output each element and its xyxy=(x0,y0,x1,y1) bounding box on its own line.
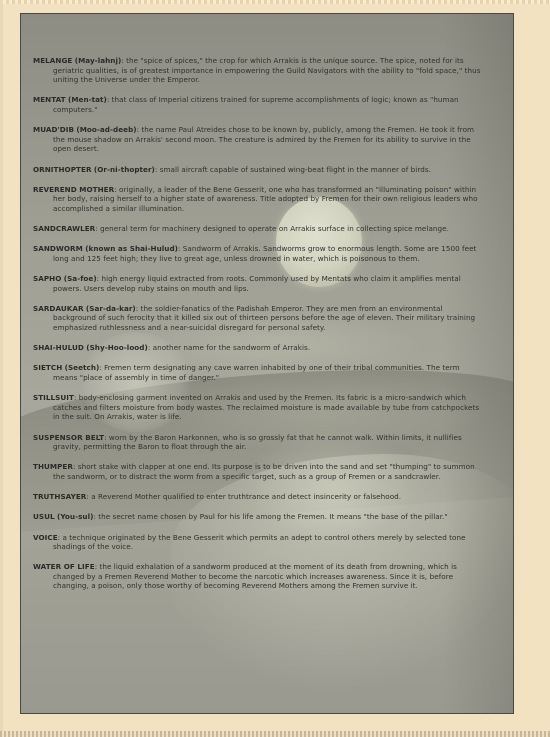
glossary-entry: SAPHO (Sa-foe): high energy liquid extra… xyxy=(33,274,485,293)
glossary-term: VOICE xyxy=(33,533,58,542)
glossary-definition: : a Reverend Mother qualified to enter t… xyxy=(86,492,401,501)
glossary-term: STILLSUIT xyxy=(33,393,74,402)
glossary-term: TRUTHSAYER xyxy=(33,492,86,501)
glossary-definition: : small aircraft capable of sustained wi… xyxy=(155,165,431,174)
glossary-list: MELANGE (May-lahnj): the "spice of spice… xyxy=(33,56,485,602)
glossary-term: WATER OF LIFE xyxy=(33,562,95,571)
glossary-definition: : short stake with clapper at one end. I… xyxy=(53,462,475,481)
glossary-entry: SUSPENSOR BELT: worn by the Baron Harkon… xyxy=(33,433,485,452)
glossary-term: MENTAT xyxy=(33,95,66,104)
glossary-entry: SIETCH (Seetch): Fremen term designating… xyxy=(33,363,485,382)
glossary-definition: : high energy liquid extracted from root… xyxy=(53,274,461,293)
glossary-term: SUSPENSOR BELT xyxy=(33,433,104,442)
page-left-edge xyxy=(0,0,3,737)
glossary-entry: MENTAT (Men-tat): that class of Imperial… xyxy=(33,95,485,114)
glossary-definition: : general term for machinery designed to… xyxy=(95,224,449,233)
glossary-definition: : the liquid exhalation of a sandworm pr… xyxy=(53,562,457,590)
glossary-term: MUAD'DIB xyxy=(33,125,74,134)
glossary-term: THUMPER xyxy=(33,462,73,471)
glossary-entry: THUMPER: short stake with clapper at one… xyxy=(33,462,485,481)
glossary-entry: WATER OF LIFE: the liquid exhalation of … xyxy=(33,562,485,591)
glossary-entry: MELANGE (May-lahnj): the "spice of spice… xyxy=(33,56,485,85)
glossary-term: SARDAUKAR xyxy=(33,304,84,313)
glossary-term: MELANGE xyxy=(33,56,72,65)
glossary-entry: MUAD'DIB (Moo-ad-deeb): the name Paul At… xyxy=(33,125,485,154)
glossary-entry: ORNITHOPTER (Or-ni-thopter): small aircr… xyxy=(33,165,485,175)
glossary-term: SANDCRAWLER xyxy=(33,224,95,233)
glossary-entry: STILLSUIT: body-enclosing garment invent… xyxy=(33,393,485,422)
glossary-entry: TRUTHSAYER: a Reverend Mother qualified … xyxy=(33,492,485,502)
glossary-entry: SHAI-HULUD (Shy-Hoo-lood): another name … xyxy=(33,343,485,353)
glossary-definition: : Fremen term designating any cave warre… xyxy=(53,363,460,382)
glossary-term: SANDWORM xyxy=(33,244,83,253)
glossary-entry: REVEREND MOTHER: originally, a leader of… xyxy=(33,185,485,214)
glossary-entry: SANDWORM (known as Shai-Hulud): Sandworm… xyxy=(33,244,485,263)
glossary-definition: : the secret name chosen by Paul for his… xyxy=(93,512,447,521)
glossary-definition: : that class of Imperial citizens traine… xyxy=(53,95,459,114)
page-bottom-edge xyxy=(0,731,550,737)
glossary-term: ORNITHOPTER xyxy=(33,165,92,174)
glossary-pronunciation: (known as Shai-Hulud) xyxy=(85,244,178,253)
glossary-entry: VOICE: a technique originated by the Ben… xyxy=(33,533,485,552)
glossary-definition: : worn by the Baron Harkonnen, who is so… xyxy=(53,433,462,452)
page-top-edge xyxy=(0,0,550,4)
glossary-term: USUL xyxy=(33,512,55,521)
glossary-pronunciation: (Moo-ad-deeb) xyxy=(76,125,136,134)
glossary-entry: SARDAUKAR (Sar-da-kar): the soldier-fana… xyxy=(33,304,485,333)
glossary-pronunciation: (Sar-da-kar) xyxy=(86,304,136,313)
glossary-pronunciation: (Seetch) xyxy=(65,363,100,372)
glossary-entry: SANDCRAWLER: general term for machinery … xyxy=(33,224,485,234)
glossary-entry: USUL (You-sul): the secret name chosen b… xyxy=(33,512,485,522)
glossary-definition: : body-enclosing garment invented on Arr… xyxy=(53,393,479,421)
glossary-pronunciation: (Shy-Hoo-lood) xyxy=(86,343,148,352)
glossary-pronunciation: (Or-ni-thopter) xyxy=(94,165,155,174)
glossary-term: SIETCH xyxy=(33,363,62,372)
glossary-definition: : originally, a leader of the Bene Gesse… xyxy=(53,185,478,213)
glossary-pronunciation: (Sa-foe) xyxy=(64,274,97,283)
glossary-pronunciation: (You-sul) xyxy=(57,512,93,521)
glossary-term: SHAI-HULUD xyxy=(33,343,84,352)
glossary-pronunciation: (May-lahnj) xyxy=(75,56,122,65)
glossary-term: REVEREND MOTHER xyxy=(33,185,114,194)
glossary-term: SAPHO xyxy=(33,274,61,283)
glossary-definition: : another name for the sandworm of Arrak… xyxy=(148,343,310,352)
glossary-pronunciation: (Men-tat) xyxy=(68,95,107,104)
glossary-definition: : a technique originated by the Bene Ges… xyxy=(53,533,466,552)
